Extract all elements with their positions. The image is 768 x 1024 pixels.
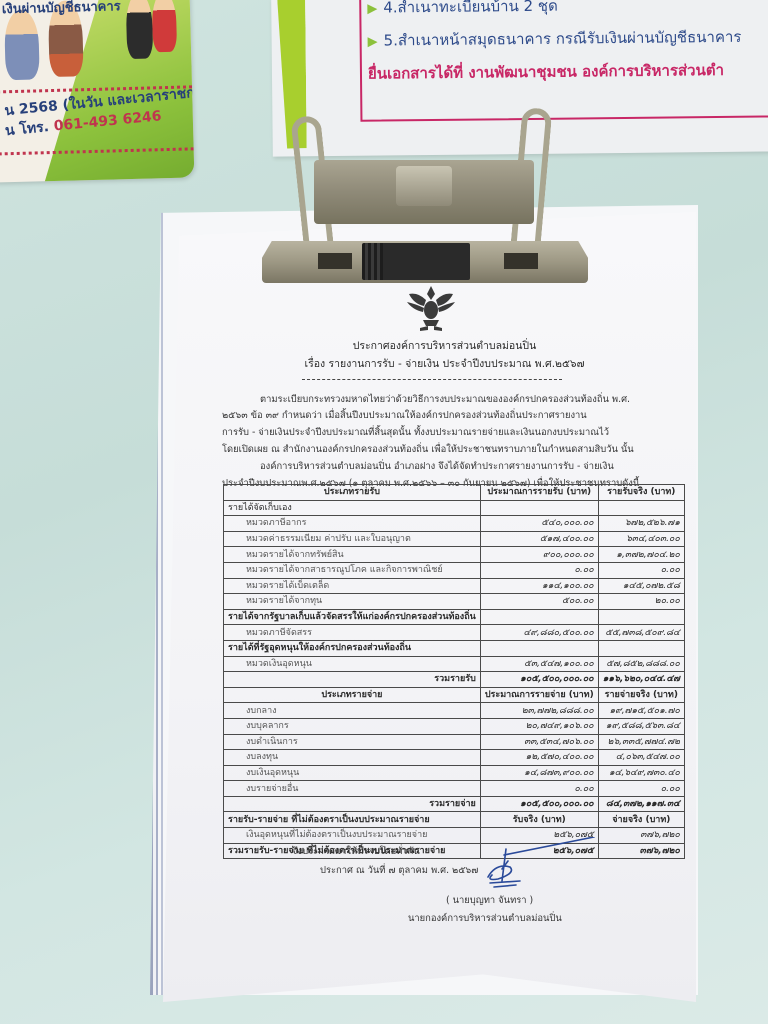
poster-list-item: ▶5.สำเนาหน้าสมุดธนาคาร กรณีรับเงินผ่านบั… <box>368 25 742 53</box>
estimate-cell: ๕๑๗,๔๐๐.๐๐ <box>480 531 598 547</box>
announcement-date: ประกาศ ณ วันที่ ๗ ตุลาคม พ.ศ. ๒๕๖๗ <box>320 863 478 878</box>
binder-slot <box>318 253 352 269</box>
estimate-cell: ๕๐๐.๐๐ <box>480 594 598 610</box>
estimate-cell: ๔๙,๘๘๐,๕๐๐.๐๐ <box>480 625 598 641</box>
row-label: เงินอุดหนุนที่ไม่ต้องตราเป็นงบประมาณรายจ… <box>224 828 481 844</box>
group-label: รายได้จากรัฐบาลเก็บแล้วจัดสรรให้แก่องค์ก… <box>224 609 481 625</box>
binder-slot <box>504 253 538 269</box>
column-header: ประมาณการรายรับ (บาท) <box>480 485 598 501</box>
row-label: งบดำเนินการ <box>224 734 481 750</box>
estimate-cell: ๕๓,๕๔๗,๑๐๐.๐๐ <box>480 656 598 672</box>
row-label: หมวดค่าธรรมเนียม ค่าปรับ และใบอนุญาต <box>224 531 481 547</box>
cartoon-figure <box>4 9 40 80</box>
estimate-cell: ๙๐๐,๐๐๐.๐๐ <box>480 547 598 563</box>
column-header: ประเภทรายรับ <box>224 485 481 501</box>
total-estimate: ๑๐๕,๕๐๐,๐๐๐.๐๐ <box>480 672 598 688</box>
table-row: หมวดรายได้จากทุน ๕๐๐.๐๐ ๒๐.๐๐ <box>224 594 685 610</box>
table-row: งบดำเนินการ ๓๓,๕๓๔,๗๐๖.๐๐ ๒๖,๓๓๕,๗๗๔.๗๒ <box>224 734 685 750</box>
table-row: หมวดรายได้จากสาธารณูปโภค และกิจการพาณิชย… <box>224 562 685 578</box>
body-paragraph-line: การรับ - จ่ายเงินประจำปีงบประมาณที่สิ้นส… <box>222 425 667 440</box>
estimate-cell: ๐.๐๐ <box>480 781 598 797</box>
poster-submit-note: ยื่นเอกสารได้ที่ งานพัฒนาชุมชน องค์การบร… <box>368 58 724 86</box>
table-row: งบรายจ่ายอื่น ๐.๐๐ ๐.๐๐ <box>224 781 685 797</box>
total-actual: ๘๔,๓๗๒,๑๑๗.๓๔ <box>598 796 684 812</box>
table-row: หมวดภาษีอากร ๕๔๐,๐๐๐.๐๐ ๖๗๒,๕๒๖.๗๑ <box>224 516 685 532</box>
table-row: งบบุคลากร ๒๐,๗๔๙,๑๐๖.๐๐ ๑๙,๕๘๘,๕๖๓.๘๔ <box>224 718 685 734</box>
estimate-cell: ๒๐,๗๔๙,๑๐๖.๐๐ <box>480 718 598 734</box>
non-budget-heading: รายรับ-รายจ่าย ที่ไม่ต้องตราเป็นงบประมาณ… <box>224 812 481 828</box>
cartoon-figure <box>126 0 154 59</box>
signer-name: ( นายบุญทา จันทรา ) <box>446 893 533 908</box>
row-label: งบลงทุน <box>224 750 481 766</box>
total-label: รวมรายรับ <box>224 672 481 688</box>
poster-list-item: ▶4.สำเนาทะเบียนบ้าน 2 ชุด <box>367 0 558 20</box>
row-label: งบเงินอุดหนุน <box>224 765 481 781</box>
column-header: ประเภทรายจ่าย <box>224 687 481 703</box>
table-header-row: ประเภทรายจ่าย ประมาณการรายจ่าย (บาท) ราย… <box>224 687 685 703</box>
column-header: ประมาณการรายจ่าย (บาท) <box>480 687 598 703</box>
estimate-cell: ๓๓,๕๓๔,๗๐๖.๐๐ <box>480 734 598 750</box>
actual-cell: ๐.๐๐ <box>598 781 684 797</box>
binder-lever[interactable] <box>362 243 470 280</box>
actual-cell: ๖๓๔,๔๐๓.๐๐ <box>598 531 684 547</box>
actual-cell: ๑๙,๗๑๕,๕๐๑.๗๐ <box>598 703 684 719</box>
row-label: หมวดภาษีอากร <box>224 516 481 532</box>
column-header: รายจ่ายจริง (บาท) <box>598 687 684 703</box>
table-row: เงินอุดหนุนที่ไม่ต้องตราเป็นงบประมาณรายจ… <box>224 828 685 844</box>
row-label: งบกลาง <box>224 703 481 719</box>
estimate-cell: ๒๓,๗๗๒,๘๘๘.๐๐ <box>480 703 598 719</box>
actual-cell: ๔,๐๖๓,๕๔๗.๐๐ <box>598 750 684 766</box>
row-label: งบบุคลากร <box>224 718 481 734</box>
row-label: หมวดรายได้จากทุน <box>224 594 481 610</box>
actual-cell: ๑,๓๗๒,๗๐๔.๒๐ <box>598 547 684 563</box>
total-actual: ๑๑๖,๖๒๐,๐๔๔.๔๗ <box>598 672 684 688</box>
estimate-cell: ๕๔๐,๐๐๐.๐๐ <box>480 516 598 532</box>
estimate-cell: ๑๒,๕๗๐,๔๐๐.๐๐ <box>480 750 598 766</box>
binder-clip-plate <box>314 160 534 224</box>
body-paragraph-line: ตามระเบียบกระทรวงมหาดไทยว่าด้วยวิธีการงบ… <box>260 392 705 407</box>
table-row: หมวดรายได้เบ็ดเตล็ด ๑๑๔,๑๐๐.๐๐ ๑๔๕,๐๗๒.๕… <box>224 578 685 594</box>
body-paragraph-line: องค์การบริหารส่วนตำบลม่อนปิ่น อำเภอฝาง จ… <box>260 459 705 474</box>
table-row: หมวดเงินอุดหนุน ๕๓,๕๔๗,๑๐๐.๐๐ ๕๗,๘๕๒,๘๘๘… <box>224 656 685 672</box>
estimate-cell: ๑๑๔,๑๐๐.๐๐ <box>480 578 598 594</box>
body-paragraph-line: ๒๕๖๓ ข้อ ๓๙ กำหนดว่า เมื่อสิ้นปีงบประมาณ… <box>222 408 667 423</box>
column-header: จ่ายจริง (บาท) <box>598 812 684 828</box>
income-expense-table: ประเภทรายรับ ประมาณการรายรับ (บาท) รายรั… <box>223 484 685 859</box>
row-label: หมวดเงินอุดหนุน <box>224 656 481 672</box>
poster-left-heading: เงินผ่านบัญชีธนาคาร <box>2 0 121 19</box>
document-subject: เรื่อง รายงานการรับ - จ่ายเงิน ประจำปีงบ… <box>222 355 667 372</box>
dashed-separator <box>302 379 562 380</box>
actual-cell: ๕๕,๗๓๘,๕๐๙.๘๔ <box>598 625 684 641</box>
actual-cell: ๑๔๕,๐๗๒.๕๘ <box>598 578 684 594</box>
actual-cell: ๑๙,๕๘๘,๕๖๓.๘๔ <box>598 718 684 734</box>
body-paragraph-line: โดยเปิดเผย ณ สำนักงานองค์กรปกครองส่วนท้อ… <box>222 442 667 457</box>
group-label: รายได้จัดเก็บเอง <box>224 500 481 516</box>
column-header: รับจริง (บาท) <box>480 812 598 828</box>
actual-cell: ๑๔,๖๔๙,๗๓๐.๔๐ <box>598 765 684 781</box>
row-label: หมวดรายได้จากสาธารณูปโภค และกิจการพาณิชย… <box>224 562 481 578</box>
signature-icon <box>476 837 606 897</box>
table-row: หมวดรายได้จากทรัพย์สิน ๙๐๐,๐๐๐.๐๐ ๑,๓๗๒,… <box>224 547 685 563</box>
income-total-row: รวมรายรับ ๑๐๕,๕๐๐,๐๐๐.๐๐ ๑๑๖,๖๒๐,๐๔๔.๔๗ <box>224 672 685 688</box>
estimate-cell: ๑๔,๘๗๓,๙๐๐.๐๐ <box>480 765 598 781</box>
actual-cell: ๒๖,๓๓๕,๗๗๔.๗๒ <box>598 734 684 750</box>
actual-cell: ๐.๐๐ <box>598 562 684 578</box>
row-label: งบรายจ่ายอื่น <box>224 781 481 797</box>
cartoon-figure <box>152 0 178 52</box>
closing-announcement: จึงประกาศมาให้ทราบโดยทั่วกัน <box>292 844 420 859</box>
table-row: งบกลาง ๒๓,๗๗๒,๘๘๘.๐๐ ๑๙,๗๑๕,๕๐๑.๗๐ <box>224 703 685 719</box>
table-group-row: รายได้ที่รัฐอุดหนุนให้องค์กรปกครองส่วนท้… <box>224 640 685 656</box>
estimate-cell: ๐.๐๐ <box>480 562 598 578</box>
triangle-bullet-icon: ▶ <box>367 2 377 17</box>
actual-cell: ๖๗๒,๕๒๖.๗๑ <box>598 516 684 532</box>
column-header: รายรับจริง (บาท) <box>598 485 684 501</box>
table-group-row: รายได้จากรัฐบาลเก็บแล้วจัดสรรให้แก่องค์ก… <box>224 609 685 625</box>
table-row: หมวดภาษีจัดสรร ๔๙,๘๘๐,๕๐๐.๐๐ ๕๕,๗๓๘,๕๐๙.… <box>224 625 685 641</box>
phone-label: น โทร. <box>4 119 49 139</box>
total-paid: ๓๗๖,๗๒๐ <box>598 843 684 859</box>
row-label: หมวดรายได้จากทรัพย์สิน <box>224 547 481 563</box>
table-row: งบลงทุน ๑๒,๕๗๐,๔๐๐.๐๐ ๔,๐๖๓,๕๔๗.๐๐ <box>224 750 685 766</box>
total-label: รวมรายจ่าย <box>224 796 481 812</box>
paid-cell: ๓๗๖,๗๒๐ <box>598 828 684 844</box>
document-title: ประกาศองค์การบริหารส่วนตำบลม่อนปิ่น <box>222 337 667 354</box>
signer-title: นายกองค์การบริหารส่วนตำบลม่อนปิ่น <box>408 911 562 926</box>
garuda-emblem-icon <box>404 282 458 332</box>
triangle-bullet-icon: ▶ <box>368 35 378 50</box>
actual-cell: ๒๐.๐๐ <box>598 594 684 610</box>
background-poster-left: เงินผ่านบัญชีธนาคาร น 2568 (ในวัน และเวล… <box>0 0 194 183</box>
table-group-row: รายได้จัดเก็บเอง <box>224 500 685 516</box>
row-label: หมวดภาษีจัดสรร <box>224 625 481 641</box>
group-label: รายได้ที่รัฐอุดหนุนให้องค์กรปกครองส่วนท้… <box>224 640 481 656</box>
table-header-row: ประเภทรายรับ ประมาณการรายรับ (บาท) รายรั… <box>224 485 685 501</box>
table-row: งบเงินอุดหนุน ๑๔,๘๗๓,๙๐๐.๐๐ ๑๔,๖๔๙,๗๓๐.๔… <box>224 765 685 781</box>
actual-cell: ๕๗,๘๕๒,๘๘๘.๐๐ <box>598 656 684 672</box>
table-row: หมวดค่าธรรมเนียม ค่าปรับ และใบอนุญาต ๕๑๗… <box>224 531 685 547</box>
total-estimate: ๑๐๕,๕๐๐,๐๐๐.๐๐ <box>480 796 598 812</box>
row-label: หมวดรายได้เบ็ดเตล็ด <box>224 578 481 594</box>
expense-total-row: รวมรายจ่าย ๑๐๕,๕๐๐,๐๐๐.๐๐ ๘๔,๓๗๒,๑๑๗.๓๔ <box>224 796 685 812</box>
non-budget-header-row: รายรับ-รายจ่าย ที่ไม่ต้องตราเป็นงบประมาณ… <box>224 812 685 828</box>
